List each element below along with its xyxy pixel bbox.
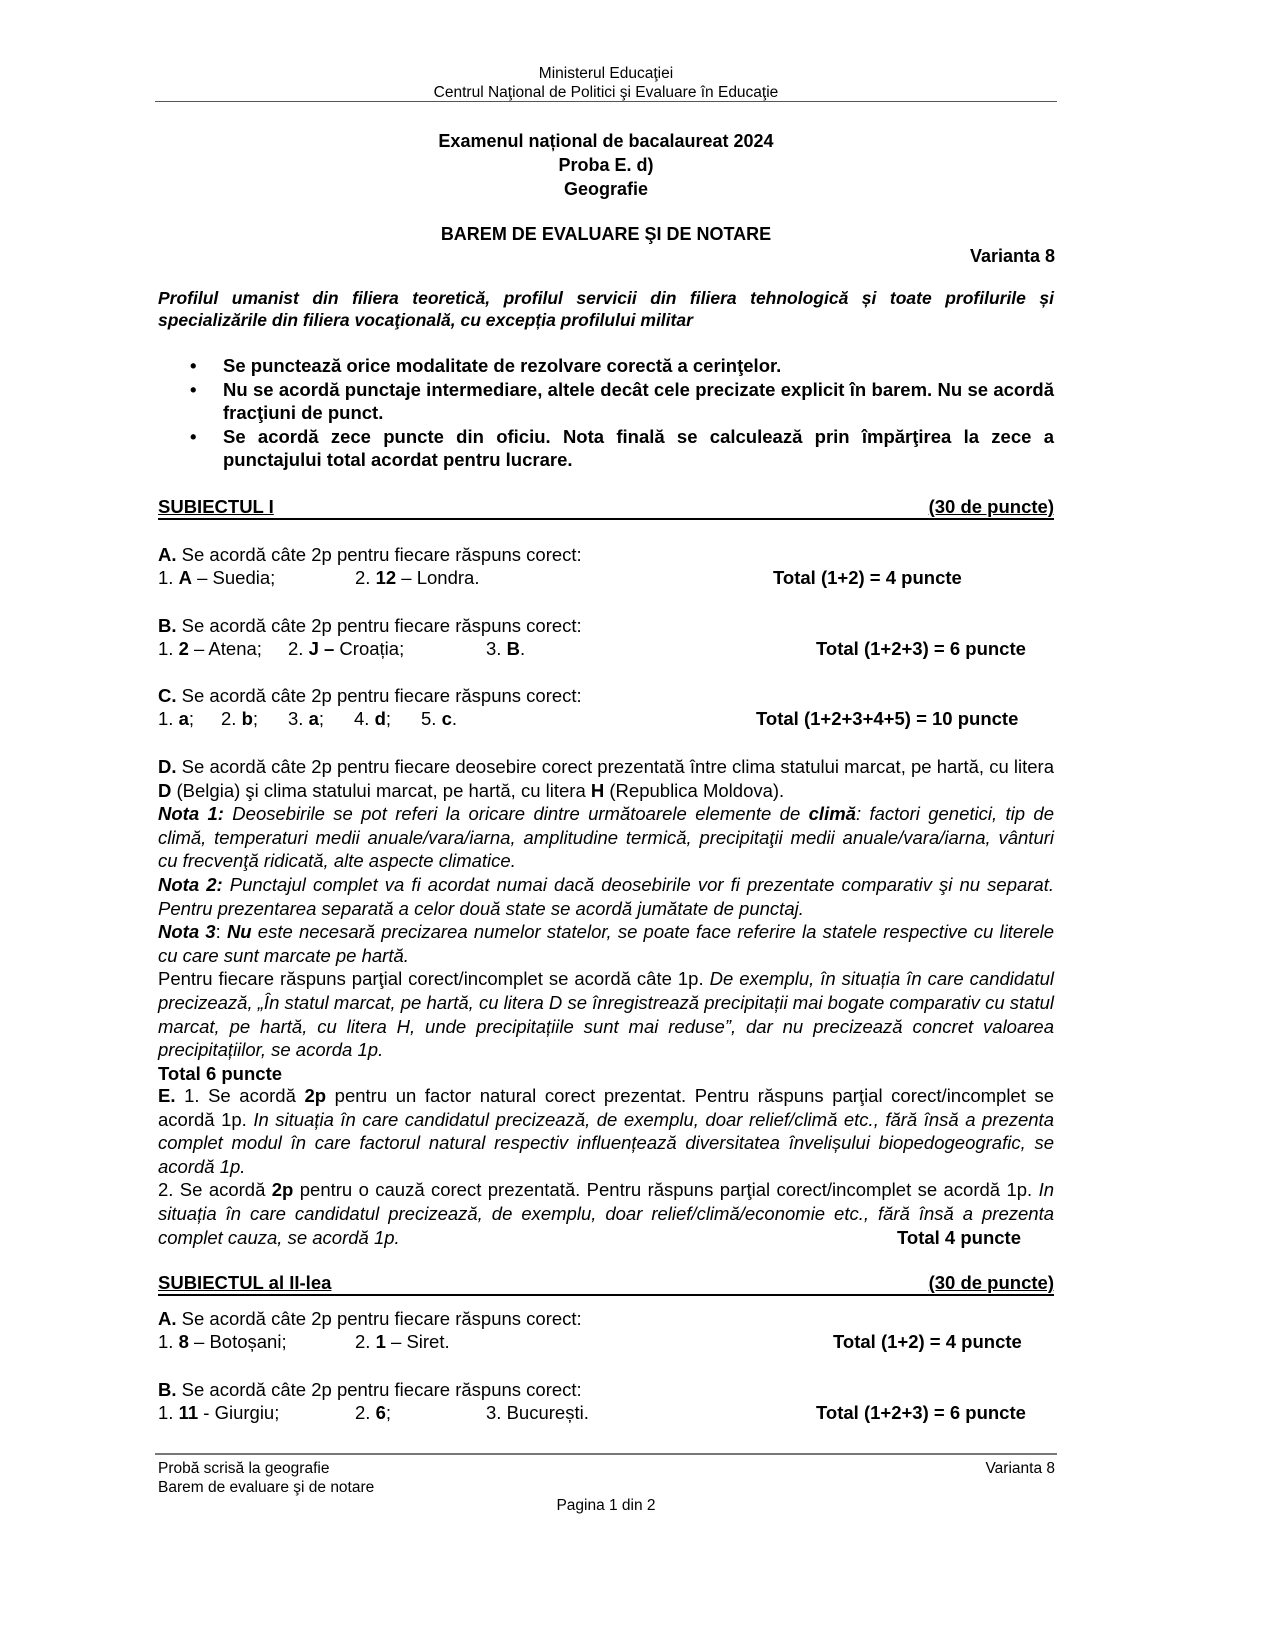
s1-b-intro: B. Se acordă câte 2p pentru fiecare răsp… — [158, 614, 1054, 638]
center-name: Centrul Naţional de Politici şi Evaluare… — [155, 83, 1057, 102]
answer: 3. a; — [288, 707, 324, 731]
subject-1-title: SUBIECTUL I — [158, 495, 274, 518]
answer: 1. a; — [158, 707, 194, 731]
s1-c-total: Total (1+2+3+4+5) = 10 puncte — [756, 707, 1018, 731]
s2-b-intro: B. Se acordă câte 2p pentru fiecare răsp… — [158, 1378, 1054, 1402]
ministry-name: Ministerul Educaţiei — [155, 64, 1057, 83]
answer: 4. d; — [354, 707, 391, 731]
s1-c-intro: C. Se acordă câte 2p pentru fiecare răsp… — [158, 684, 1054, 708]
profile-note: Profilul umanist din filiera teoretică, … — [158, 287, 1054, 331]
rule-item: •Nu se acordă punctaje intermediare, alt… — [190, 378, 1054, 425]
exam-title: Examenul național de bacalaureat 2024 — [155, 129, 1057, 153]
s1-d-nota3: Nota 3: Nu este necesară precizarea nume… — [158, 920, 1054, 967]
page-number: Pagina 1 din 2 — [155, 1496, 1057, 1515]
header-divider — [155, 101, 1057, 102]
exam-test: Proba E. d) — [155, 153, 1057, 177]
answer: 2. 1 – Siret. — [355, 1330, 450, 1354]
subject-2-title: SUBIECTUL al II-lea — [158, 1271, 331, 1294]
bullet-icon: • — [190, 378, 196, 402]
s1-a-intro: A. Se acordă câte 2p pentru fiecare răsp… — [158, 543, 1054, 567]
s1-d-intro: D. Se acordă câte 2p pentru fiecare deos… — [158, 755, 1054, 802]
answer: 2. 12 – Londra. — [355, 566, 479, 590]
s1-e-item2: 2. Se acordă 2p pentru o cauză corect pr… — [158, 1178, 1054, 1249]
subject-2-header: SUBIECTUL al II-lea (30 de puncte) — [158, 1271, 1054, 1296]
footer-test-name: Probă scrisă la geografie — [158, 1459, 329, 1478]
s1-d-nota2: Nota 2: Punctajul complet va fi acordat … — [158, 873, 1054, 920]
answer: 2. 6; — [355, 1401, 391, 1425]
s2-b-total: Total (1+2+3) = 6 puncte — [816, 1401, 1026, 1425]
subject-1-header: SUBIECTUL I (30 de puncte) — [158, 495, 1054, 520]
answer: 5. c. — [421, 707, 457, 731]
footer-variant: Varianta 8 — [985, 1459, 1055, 1478]
answer: 1. A – Suedia; — [158, 566, 275, 590]
s1-d-nota1: Nota 1: Deosebirile se pot referi la ori… — [158, 802, 1054, 873]
answer: 3. București. — [486, 1401, 589, 1425]
footer-divider — [155, 1453, 1057, 1455]
s1-d-total: Total 6 puncte — [158, 1062, 1054, 1086]
s1-b-total: Total (1+2+3) = 6 puncte — [816, 637, 1026, 661]
s1-e-block: E. 1. Se acordă 2p pentru un factor natu… — [158, 1084, 1054, 1249]
s1-d-block: D. Se acordă câte 2p pentru fiecare deos… — [158, 755, 1054, 1085]
s2-a-answers: 1. 8 – Botoșani; 2. 1 – Siret. Total (1+… — [158, 1330, 1054, 1354]
s1-e-item1: E. 1. Se acordă 2p pentru un factor natu… — [158, 1084, 1054, 1178]
bullet-icon: • — [190, 425, 196, 449]
exam-subject: Geografie — [155, 177, 1057, 201]
s1-b-answers: 1. 2 – Atena; 2. J – Croația; 3. B. Tota… — [158, 637, 1054, 661]
rule-item: •Se acordă zece puncte din oficiu. Nota … — [190, 425, 1054, 472]
answer: 1. 8 – Botoșani; — [158, 1330, 287, 1354]
s1-e-total: Total 4 puncte — [897, 1226, 1021, 1250]
answer: 2. b; — [221, 707, 258, 731]
s1-a-total: Total (1+2) = 4 puncte — [773, 566, 962, 590]
general-rules: •Se punctează orice modalitate de rezolv… — [190, 354, 1054, 472]
s1-d-partial: Pentru fiecare răspuns parţial corect/in… — [158, 967, 1054, 1061]
s1-a-answers: 1. A – Suedia; 2. 12 – Londra. Total (1+… — [158, 566, 1054, 590]
rule-item: •Se punctează orice modalitate de rezolv… — [190, 354, 1054, 378]
s2-a-total: Total (1+2) = 4 puncte — [833, 1330, 1022, 1354]
subject-1-points: (30 de puncte) — [929, 495, 1054, 518]
variant-label: Varianta 8 — [970, 246, 1055, 267]
s1-c-answers: 1. a; 2. b; 3. a; 4. d; 5. c. Total (1+2… — [158, 707, 1054, 731]
footer-doc-name: Barem de evaluare şi de notare — [158, 1478, 374, 1497]
answer: 1. 11 - Giurgiu; — [158, 1401, 279, 1425]
subject-2-points: (30 de puncte) — [929, 1271, 1054, 1294]
answer: 2. J – Croația; — [288, 637, 404, 661]
s2-b-answers: 1. 11 - Giurgiu; 2. 6; 3. București. Tot… — [158, 1401, 1054, 1425]
document-heading: BAREM DE EVALUARE ŞI DE NOTARE — [155, 222, 1057, 246]
s2-a-intro: A. Se acordă câte 2p pentru fiecare răsp… — [158, 1307, 1054, 1331]
bullet-icon: • — [190, 354, 196, 378]
answer: 3. B. — [486, 637, 525, 661]
answer: 1. 2 – Atena; — [158, 637, 262, 661]
